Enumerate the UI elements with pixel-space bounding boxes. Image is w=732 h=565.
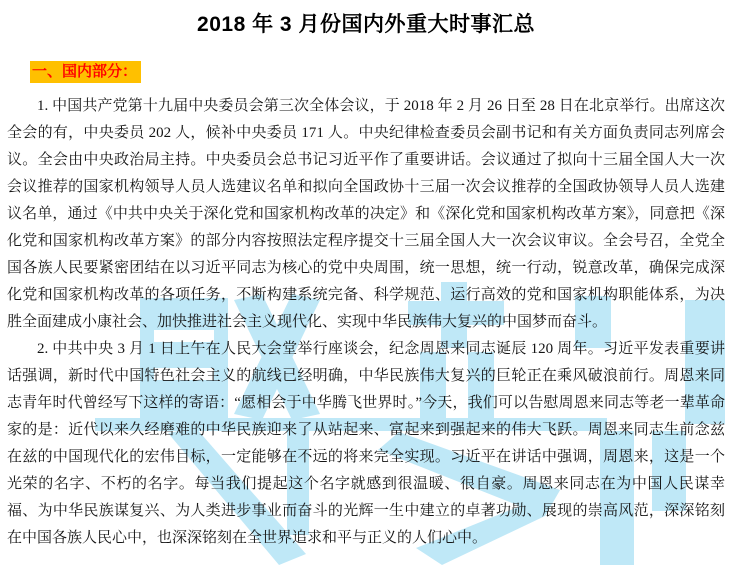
paragraph-plenary-session: 1. 中国共产党第十九届中央委员会第三次全体会议，于 2018 年 2 月 26…	[7, 93, 725, 336]
section-heading-domestic: 一、国内部分：	[30, 61, 141, 83]
page-title: 2018 年 3 月份国内外重大时事汇总	[7, 8, 725, 38]
document-content: 2018 年 3 月份国内外重大时事汇总 一、国内部分： 1. 中国共产党第十九…	[0, 8, 732, 552]
paragraph-zhou-enlai-anniversary: 2. 中共中央 3 月 1 日上午在人民大会堂举行座谈会，纪念周恩来同志诞辰 1…	[7, 336, 725, 552]
body-text: 1. 中国共产党第十九届中央委员会第三次全体会议，于 2018 年 2 月 26…	[7, 93, 725, 552]
document-page: 2018 年 3 月份国内外重大时事汇总 一、国内部分： 1. 中国共产党第十九…	[0, 0, 732, 565]
section-heading-row: 一、国内部分：	[30, 61, 725, 83]
